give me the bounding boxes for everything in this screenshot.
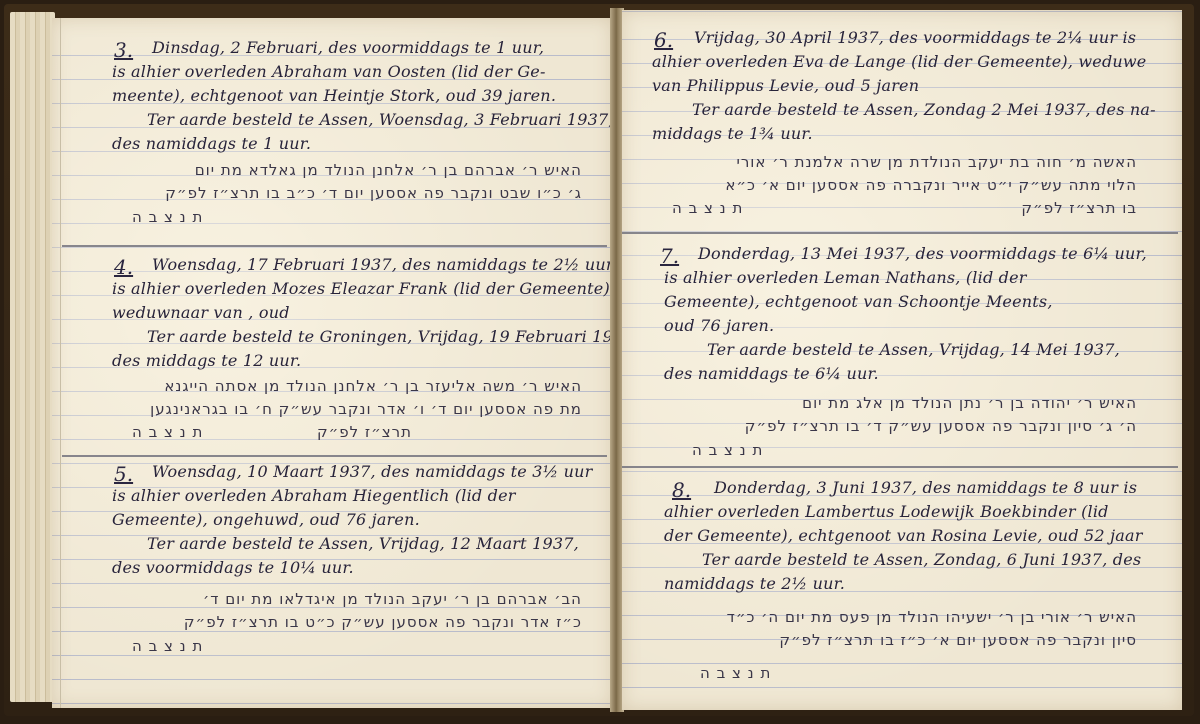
register-book: 3. Dinsdag, 2 Februari, des voormiddags … <box>0 0 1200 724</box>
left-page: 3. Dinsdag, 2 Februari, des voormiddags … <box>52 18 612 708</box>
entry-number: 8. <box>672 478 691 502</box>
entry-8: 8. Donderdag, 3 Juni 1937, des namiddags… <box>622 10 1182 700</box>
hebrew-text-line: סיון ונקבר פה אססען יום א׳ כ״ז בו תרצ״ז … <box>779 631 1137 649</box>
hebrew-text-line: הב׳ אברהם בן ר׳ יעקב הנולד מן איגדלאו מת… <box>203 590 582 608</box>
entry-text-line: Ter aarde besteld te Assen, Zondag, 6 Ju… <box>702 550 1141 569</box>
entry-text-line: des voormiddags te 10¼ uur. <box>112 558 354 577</box>
entry-text-line: Ter aarde besteld te Assen, Vrijdag, 12 … <box>147 534 579 553</box>
entry-text-line: namiddags te 2½ uur. <box>664 574 845 593</box>
entry-text-line: is alhier overleden Abraham Hiegentlich … <box>112 486 516 505</box>
hebrew-text-line: ת נ צ ב ה <box>700 664 771 682</box>
hebrew-text-line: כ״ז אדר ונקבר פה אססען עש״ק כ״ט בו תרצ״ז… <box>184 613 582 631</box>
entry-number: 5. <box>114 462 133 486</box>
entry-text-line: Donderdag, 3 Juni 1937, des namiddags te… <box>714 478 1137 497</box>
entry-5: 5. Woensdag, 10 Maart 1937, des namiddag… <box>52 18 612 698</box>
entry-text-line: alhier overleden Lambertus Lodewijk Boek… <box>664 502 1109 521</box>
entry-text-line: Gemeente), ongehuwd, oud 76 jaren. <box>112 510 420 529</box>
page-edges <box>10 12 55 702</box>
hebrew-text-line: ת נ צ ב ה <box>132 637 203 655</box>
entry-text-line: der Gemeente), echtgenoot van Rosina Lev… <box>664 526 1143 545</box>
hebrew-text-line: האיש ר׳ אורי בן ר׳ ישעיהו הנולד מן פעס מ… <box>727 608 1137 626</box>
right-page: 6. Vrijdag, 30 April 1937, des voormidda… <box>622 10 1182 710</box>
entry-text-line: Woensdag, 10 Maart 1937, des namiddags t… <box>152 462 592 481</box>
